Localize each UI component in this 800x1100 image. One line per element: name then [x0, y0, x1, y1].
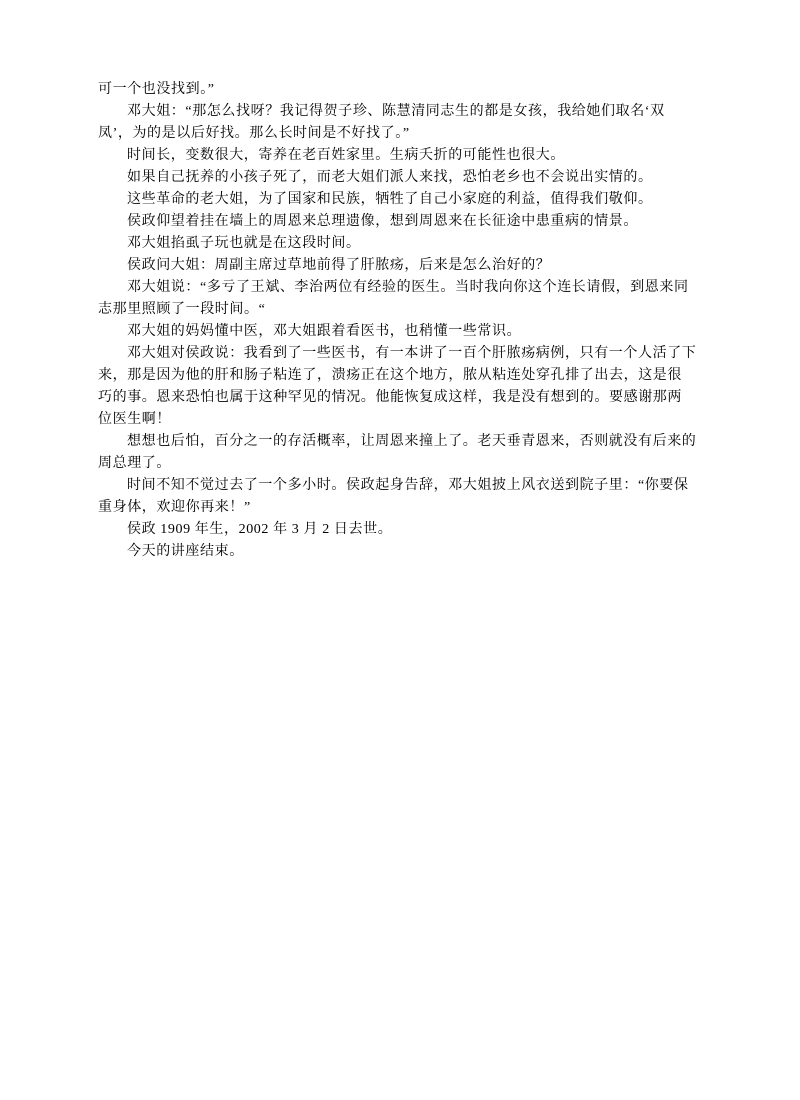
text-line: 想想也后怕，百分之一的存活概率，让周恩来撞上了。老天垂青恩来，否则就没有后来的	[98, 431, 702, 453]
text-line: 志那里照顾了一段时间。“	[98, 299, 702, 321]
text-line: 时间不知不觉过去了一个多小时。侯政起身告辞，邓大姐披上风衣送到院子里：“你要保	[98, 475, 702, 497]
text-line: 凤’，为的是以后好找。那么长时间是不好找了。”	[98, 123, 702, 145]
text-line: 位医生啊！	[98, 409, 702, 431]
text-line: 这些革命的老大姐，为了国家和民族，牺牲了自己小家庭的利益，值得我们敬仰。	[98, 189, 702, 211]
text-line: 侯政问大姐：周副主席过草地前得了肝脓疡，后来是怎么治好的？	[98, 255, 702, 277]
text-line: 今天的讲座结束。	[98, 541, 702, 563]
text-line: 邓大姐说：“多亏了王斌、李治两位有经验的医生。当时我向你这个连长请假，到恩来同	[98, 277, 702, 299]
text-line: 邓大姐对侯政说：我看到了一些医书，有一本讲了一百个肝脓疡病例，只有一个人活了下	[98, 343, 702, 365]
text-line: 重身体，欢迎你再来！”	[98, 497, 702, 519]
text-line: 时间长，变数很大，寄养在老百姓家里。生病夭折的可能性也很大。	[98, 145, 702, 167]
text-line: 如果自己抚养的小孩子死了，而老大姐们派人来找，恐怕老乡也不会说出实情的。	[98, 167, 702, 189]
text-line: 可一个也没找到。”	[98, 79, 702, 101]
text-line: 周总理了。	[98, 453, 702, 475]
document-page: 可一个也没找到。”邓大姐：“那怎么找呀？我记得贺子珍、陈慧清同志生的都是女孩，我…	[0, 0, 800, 1100]
text-line: 侯政仰望着挂在墙上的周恩来总理遗像，想到周恩来在长征途中患重病的情景。	[98, 211, 702, 233]
text-line: 邓大姐的妈妈懂中医，邓大姐跟着看医书，也稍懂一些常识。	[98, 321, 702, 343]
text-line: 侯政 1909 年生，2002 年 3 月 2 日去世。	[98, 519, 702, 541]
text-line: 邓大姐掐虱子玩也就是在这段时间。	[98, 233, 702, 255]
document-text-block: 可一个也没找到。”邓大姐：“那怎么找呀？我记得贺子珍、陈慧清同志生的都是女孩，我…	[98, 79, 702, 563]
text-line: 巧的事。恩来恐怕也属于这种罕见的情况。他能恢复成这样，我是没有想到的。要感谢那两	[98, 387, 702, 409]
text-line: 来，那是因为他的肝和肠子粘连了，溃疡正在这个地方，脓从粘连处穿孔排了出去，这是很	[98, 365, 702, 387]
text-line: 邓大姐：“那怎么找呀？我记得贺子珍、陈慧清同志生的都是女孩，我给她们取名‘双	[98, 101, 702, 123]
